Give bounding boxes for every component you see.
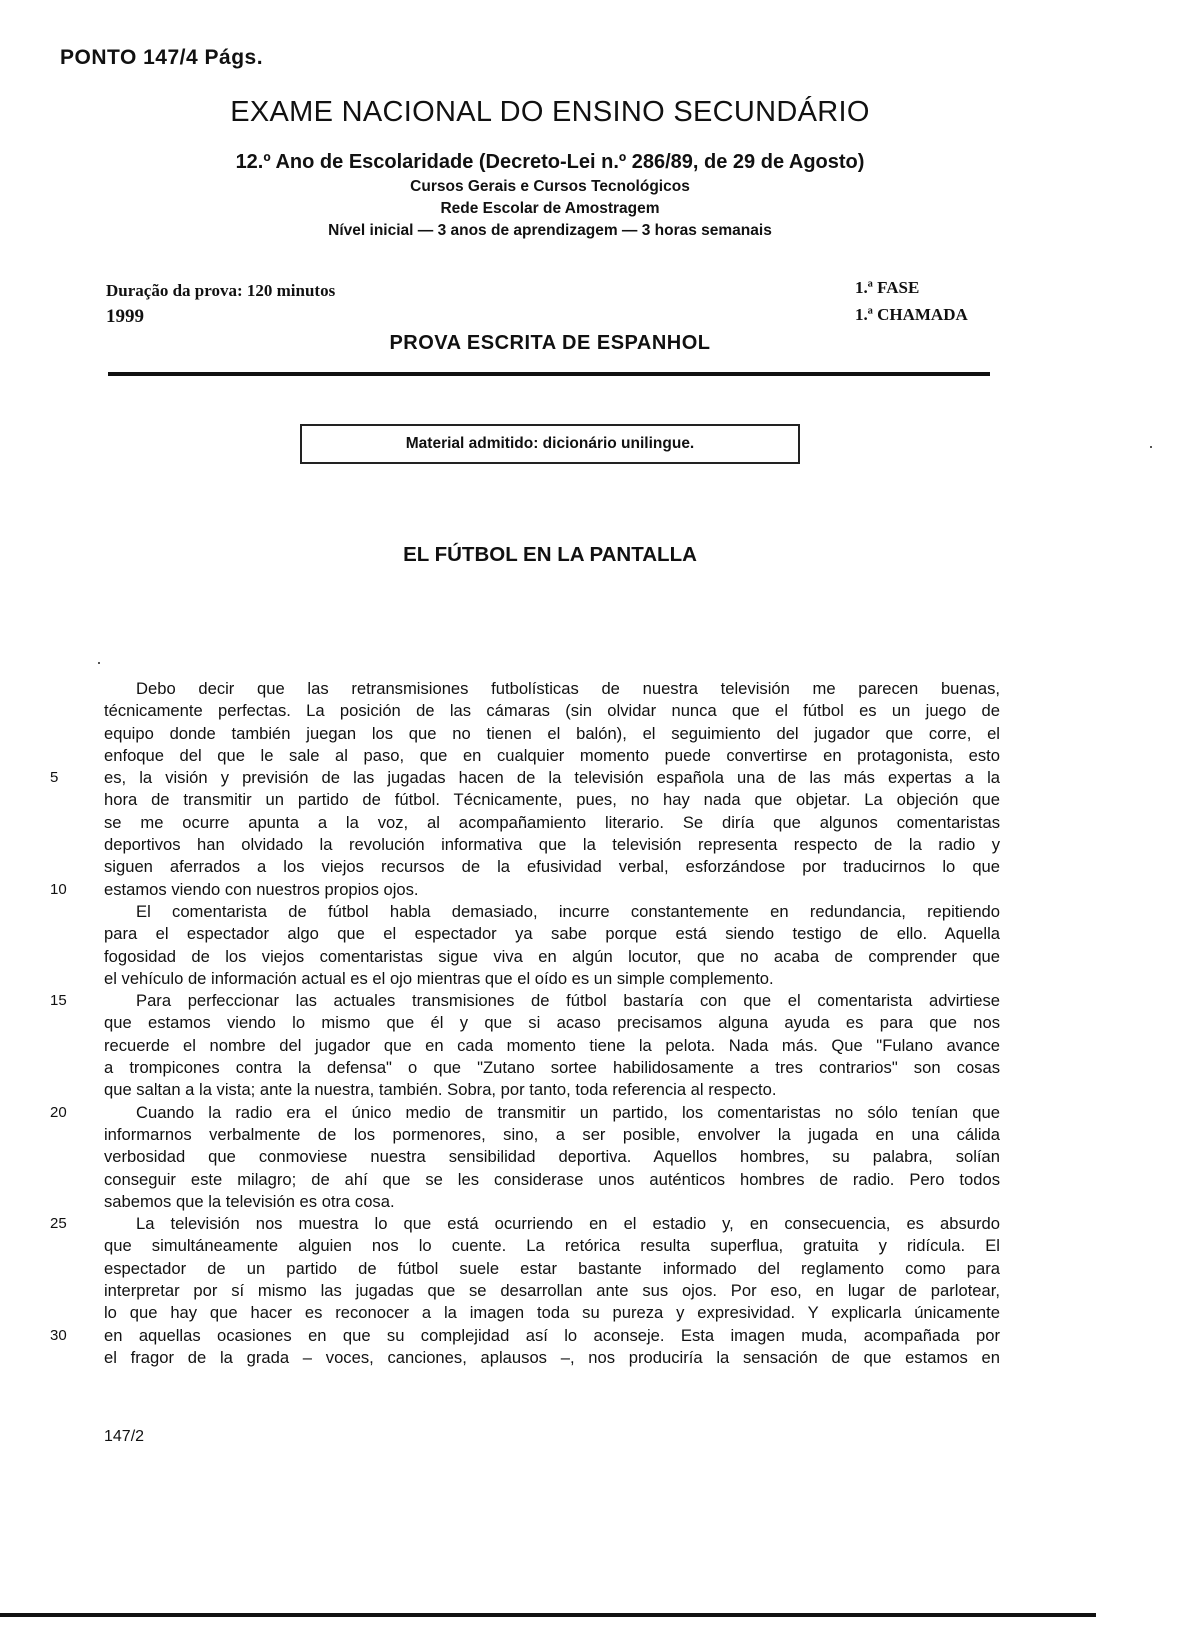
passage-line: el vehículo de información actual es el … bbox=[104, 968, 1000, 990]
text-title: EL FÚTBOL EN LA PANTALLA bbox=[0, 543, 1100, 567]
exam-title: EXAME NACIONAL DO ENSINO SECUNDÁRIO bbox=[0, 96, 1100, 129]
line-text: a trompicones contra la defensa" o que "… bbox=[104, 1058, 1000, 1077]
exam-name: PROVA ESCRITA DE ESPANHOL bbox=[0, 332, 1100, 355]
passage-line: interpretar por sí mismo las jugadas que… bbox=[104, 1280, 1000, 1302]
divider-top bbox=[108, 372, 990, 376]
line-text: se me ocurre apunta a la voz, al acompañ… bbox=[104, 813, 1000, 832]
line-text: fogosidad de los viejos comentaristas si… bbox=[104, 947, 1000, 966]
line-text: conseguir este milagro; de ahí que se le… bbox=[104, 1170, 1000, 1189]
line-text: Para perfeccionar las actuales transmisi… bbox=[136, 991, 1000, 1010]
phase: 1.ª FASE bbox=[855, 278, 919, 298]
passage-line: que saltan a la vista; ante la nuestra, … bbox=[104, 1079, 1000, 1101]
line-text: interpretar por sí mismo las jugadas que… bbox=[104, 1281, 1000, 1300]
line-number: 5 bbox=[50, 767, 80, 789]
passage-line: equipo donde también juegan los que no t… bbox=[104, 723, 1000, 745]
line-text: informarnos verbalmente de los pormenore… bbox=[104, 1125, 1000, 1144]
scan-speck bbox=[1150, 446, 1152, 448]
passage-line: enfoque del que le sale al paso, que en … bbox=[104, 745, 1000, 767]
line-text: verbosidad que conmoviese nuestra sensib… bbox=[104, 1147, 1000, 1166]
passage-line: siguen aferrados a los viejos recursos d… bbox=[104, 856, 1000, 878]
line-text: El comentarista de fútbol habla demasiad… bbox=[136, 902, 1000, 921]
passage-line: 30en aquellas ocasiones en que su comple… bbox=[104, 1325, 1000, 1347]
line-number: 25 bbox=[50, 1213, 80, 1235]
call: 1.ª CHAMADA bbox=[855, 305, 968, 325]
passage-line: para el espectador algo que el espectado… bbox=[104, 923, 1000, 945]
line-text: que saltan a la vista; ante la nuestra, … bbox=[104, 1080, 776, 1099]
line-text: técnicamente perfectas. La posición de l… bbox=[104, 701, 1000, 720]
passage-line: a trompicones contra la defensa" o que "… bbox=[104, 1057, 1000, 1079]
passage-line: conseguir este milagro; de ahí que se le… bbox=[104, 1169, 1000, 1191]
line-text: lo que hay que hacer es reconocer a la i… bbox=[104, 1303, 1000, 1322]
line-number: 30 bbox=[50, 1325, 80, 1347]
school-network: Rede Escolar de Amostragem bbox=[0, 200, 1100, 218]
line-text: Debo decir que las retransmisiones futbo… bbox=[136, 679, 1000, 698]
material-box: Material admitido: dicionário unilingue. bbox=[300, 424, 800, 464]
passage-line: informarnos verbalmente de los pormenore… bbox=[104, 1124, 1000, 1146]
passage-line: 25La televisión nos muestra lo que está … bbox=[104, 1213, 1000, 1235]
line-number: 10 bbox=[50, 879, 80, 901]
passage-line: que simultáneamente alguien nos lo cuent… bbox=[104, 1235, 1000, 1257]
divider-bottom bbox=[0, 1613, 1096, 1617]
passage-line: fogosidad de los viejos comentaristas si… bbox=[104, 946, 1000, 968]
line-text: equipo donde también juegan los que no t… bbox=[104, 724, 1000, 743]
line-text: Cuando la radio era el único medio de tr… bbox=[136, 1103, 1000, 1122]
passage-line: El comentarista de fútbol habla demasiad… bbox=[104, 901, 1000, 923]
exam-subtitle: 12.º Ano de Escolaridade (Decreto-Lei n.… bbox=[0, 151, 1100, 174]
passage-line: lo que hay que hacer es reconocer a la i… bbox=[104, 1302, 1000, 1324]
line-text: es, la visión y previsión de las jugadas… bbox=[104, 768, 1000, 787]
year: 1999 bbox=[106, 306, 144, 328]
line-text: La televisión nos muestra lo que está oc… bbox=[136, 1214, 1000, 1233]
line-text: estamos viendo con nuestros propios ojos… bbox=[104, 880, 419, 899]
line-number: 20 bbox=[50, 1102, 80, 1124]
passage-line: sabemos que la televisión es otra cosa. bbox=[104, 1191, 1000, 1213]
passage-line: que estamos viendo lo mismo que él y que… bbox=[104, 1012, 1000, 1034]
page-code: 147/2 bbox=[104, 1428, 144, 1446]
passage-line: técnicamente perfectas. La posición de l… bbox=[104, 700, 1000, 722]
level-info: Nível inicial — 3 anos de aprendizagem —… bbox=[0, 222, 1100, 240]
line-text: el vehículo de información actual es el … bbox=[104, 969, 774, 988]
line-text: espectador de un partido de fútbol suele… bbox=[104, 1259, 1000, 1278]
line-text: deportivos han olvidado la revolución in… bbox=[104, 835, 1000, 854]
passage-line: espectador de un partido de fútbol suele… bbox=[104, 1258, 1000, 1280]
line-number: 15 bbox=[50, 990, 80, 1012]
line-text: recuerde el nombre del jugador que en ca… bbox=[104, 1036, 1000, 1055]
line-text: que simultáneamente alguien nos lo cuent… bbox=[104, 1236, 1000, 1255]
duration: Duração da prova: 120 minutos bbox=[106, 281, 335, 301]
line-text: para el espectador algo que el espectado… bbox=[104, 924, 1000, 943]
passage-line: 20Cuando la radio era el único medio de … bbox=[104, 1102, 1000, 1124]
passage-line: Debo decir que las retransmisiones futbo… bbox=[104, 678, 1000, 700]
line-text: hora de transmitir un partido de fútbol.… bbox=[104, 790, 1000, 809]
passage-line: deportivos han olvidado la revolución in… bbox=[104, 834, 1000, 856]
line-text: enfoque del que le sale al paso, que en … bbox=[104, 746, 1000, 765]
scan-speck bbox=[98, 662, 100, 664]
passage-line: 10estamos viendo con nuestros propios oj… bbox=[104, 879, 1000, 901]
line-text: en aquellas ocasiones en que su compleji… bbox=[104, 1326, 1000, 1345]
exam-code: PONTO 147/4 Págs. bbox=[60, 46, 263, 70]
passage-line: el fragor de la grada – voces, canciones… bbox=[104, 1347, 1000, 1369]
reading-passage: Debo decir que las retransmisiones futbo… bbox=[104, 678, 1000, 1369]
line-text: que estamos viendo lo mismo que él y que… bbox=[104, 1013, 1000, 1032]
passage-line: 5es, la visión y previsión de las jugada… bbox=[104, 767, 1000, 789]
line-text: siguen aferrados a los viejos recursos d… bbox=[104, 857, 1000, 876]
course-type: Cursos Gerais e Cursos Tecnológicos bbox=[0, 178, 1100, 196]
passage-line: hora de transmitir un partido de fútbol.… bbox=[104, 789, 1000, 811]
passage-line: 15Para perfeccionar las actuales transmi… bbox=[104, 990, 1000, 1012]
passage-line: recuerde el nombre del jugador que en ca… bbox=[104, 1035, 1000, 1057]
material-text: Material admitido: dicionário unilingue. bbox=[406, 435, 695, 453]
passage-line: verbosidad que conmoviese nuestra sensib… bbox=[104, 1146, 1000, 1168]
passage-line: se me ocurre apunta a la voz, al acompañ… bbox=[104, 812, 1000, 834]
line-text: el fragor de la grada – voces, canciones… bbox=[104, 1348, 1000, 1367]
line-text: sabemos que la televisión es otra cosa. bbox=[104, 1192, 395, 1211]
